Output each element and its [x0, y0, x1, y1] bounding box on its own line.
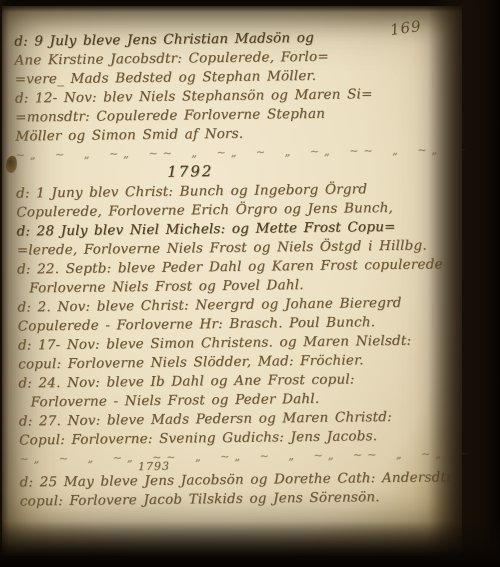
handwritten-records: d: 9 July bleve Jens Christian Madsön og…	[14, 27, 439, 511]
scanned-register-page: 169 d: 9 July bleve Jens Christian Madsö…	[0, 0, 500, 567]
book-gutter-shadow	[428, 0, 500, 567]
record-line: copul: Forlovere Jacob Tilskids og Jens …	[20, 487, 439, 511]
scan-edge-top	[0, 0, 500, 12]
paper: 169 d: 9 July bleve Jens Christian Madsö…	[2, 6, 462, 556]
scan-edge-bottom	[0, 521, 500, 567]
scan-edge-left	[0, 0, 9, 567]
